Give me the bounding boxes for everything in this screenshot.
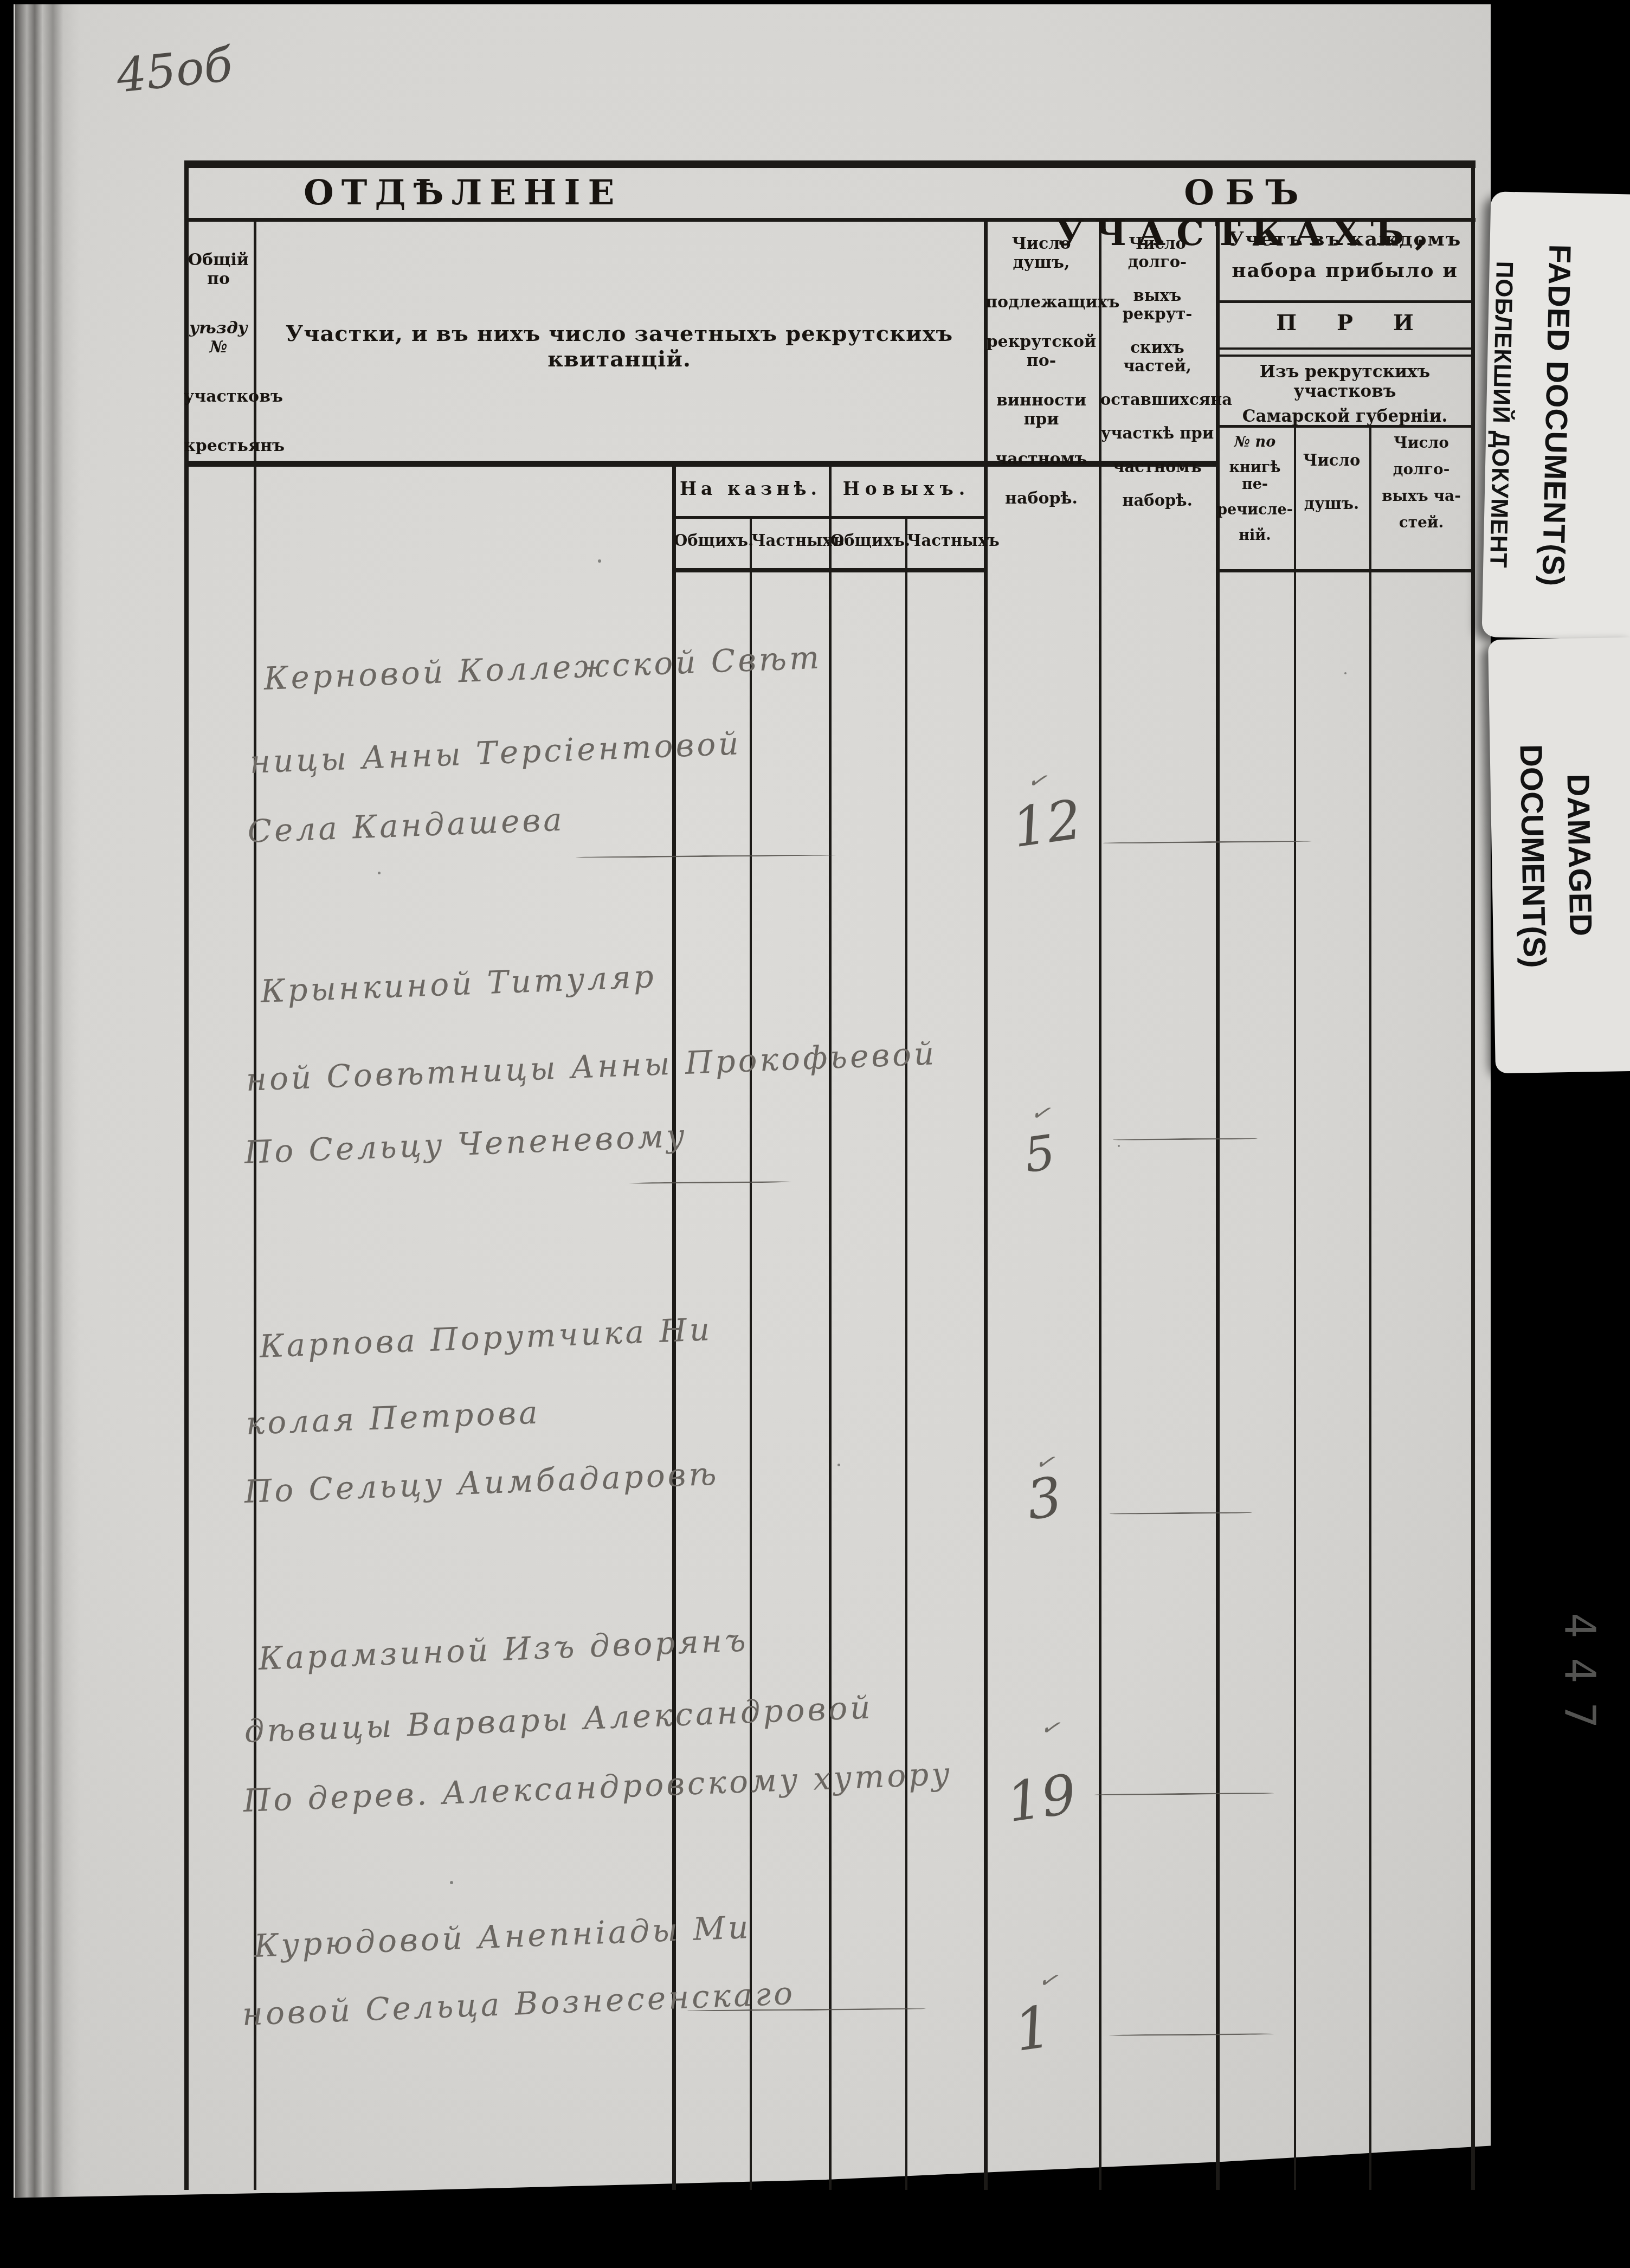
paper-speckle	[837, 1464, 840, 1466]
damaged-tab: DAMAGED DOCUMENT(S)	[1488, 637, 1630, 1074]
grid-line	[254, 222, 256, 2190]
grid-line	[1099, 222, 1101, 2190]
subcol-kniga-header: № по книгѣ пе- речисле- ній.	[1217, 434, 1293, 544]
damaged-label-line2: DOCUMENT(S)	[1511, 639, 1555, 1073]
paper-speckle	[1118, 1145, 1120, 1147]
entry-value: 3	[1023, 1470, 1065, 1528]
entry-value: 19	[1004, 1767, 1080, 1831]
grid-line	[184, 160, 189, 2190]
iz-uchastkov-label: Изъ рекрутскихъ участковъ Самарской губе…	[1217, 362, 1472, 426]
chastnyh2-header: Частныхъ	[907, 531, 983, 550]
entry-value: 12	[1009, 792, 1085, 856]
grid-line	[1369, 428, 1371, 2190]
chastnyh1-header: Частныхъ	[751, 531, 827, 550]
col-dolg-header: Число долго- выхъ рекрут- скихъ частей, …	[1100, 234, 1214, 510]
margin-mark: 447	[1555, 1613, 1603, 1808]
paper-speckle	[378, 872, 381, 874]
grid-line	[184, 160, 1476, 168]
kazna-header: На казнѣ.	[674, 478, 827, 499]
entry-value: 1	[1011, 1998, 1055, 2060]
obshih1-header: Общихъ.	[674, 531, 748, 550]
col-dush-header: Число душъ, подлежащихъ рекрутской по- в…	[985, 234, 1097, 508]
grid-line	[1294, 428, 1296, 2190]
table-title-left: ОТДѢЛЕНІЕ	[304, 172, 607, 213]
subcol-dush-header: Число душъ.	[1295, 451, 1368, 513]
novyh-header: Новыхъ.	[830, 478, 983, 499]
faded-tab: ПОБЛЕКШИЙ ДОКУМЕНТ FADED DOCUMENT(S)	[1481, 191, 1630, 640]
grid-line	[829, 467, 832, 2190]
faded-label-en: FADED DOCUMENT(S)	[1534, 192, 1579, 639]
pri-label: П Р И	[1217, 310, 1472, 336]
col-uezd-header: Общій по уѣзду № участковъ крестьянъ	[184, 250, 253, 455]
paper-speckle	[450, 1881, 453, 1884]
subcol-dolg-header: Число долго- выхъ ча- стей.	[1370, 434, 1472, 531]
binding-edge	[15, 4, 80, 2268]
uchet-group-header: Учетъ въ каждомъ набора прибыло и	[1217, 228, 1472, 282]
obshih2-header: Общихъ.	[830, 531, 904, 550]
grid-line	[905, 516, 907, 2190]
grid-line	[1216, 347, 1474, 350]
grid-line	[1216, 300, 1474, 303]
paper-speckle	[598, 559, 601, 563]
paper-speckle	[1344, 672, 1346, 674]
col-uchastki-header: Участки, и въ нихъ число зачетныхъ рекру…	[255, 321, 984, 372]
grid-line	[1216, 355, 1474, 357]
grid-line	[984, 222, 988, 2190]
grid-line	[1216, 569, 1474, 572]
grid-line	[672, 568, 984, 572]
damaged-label-line1: DAMAGED	[1557, 638, 1601, 1072]
grid-line	[672, 516, 984, 519]
entry-value: 5	[1021, 1129, 1058, 1180]
